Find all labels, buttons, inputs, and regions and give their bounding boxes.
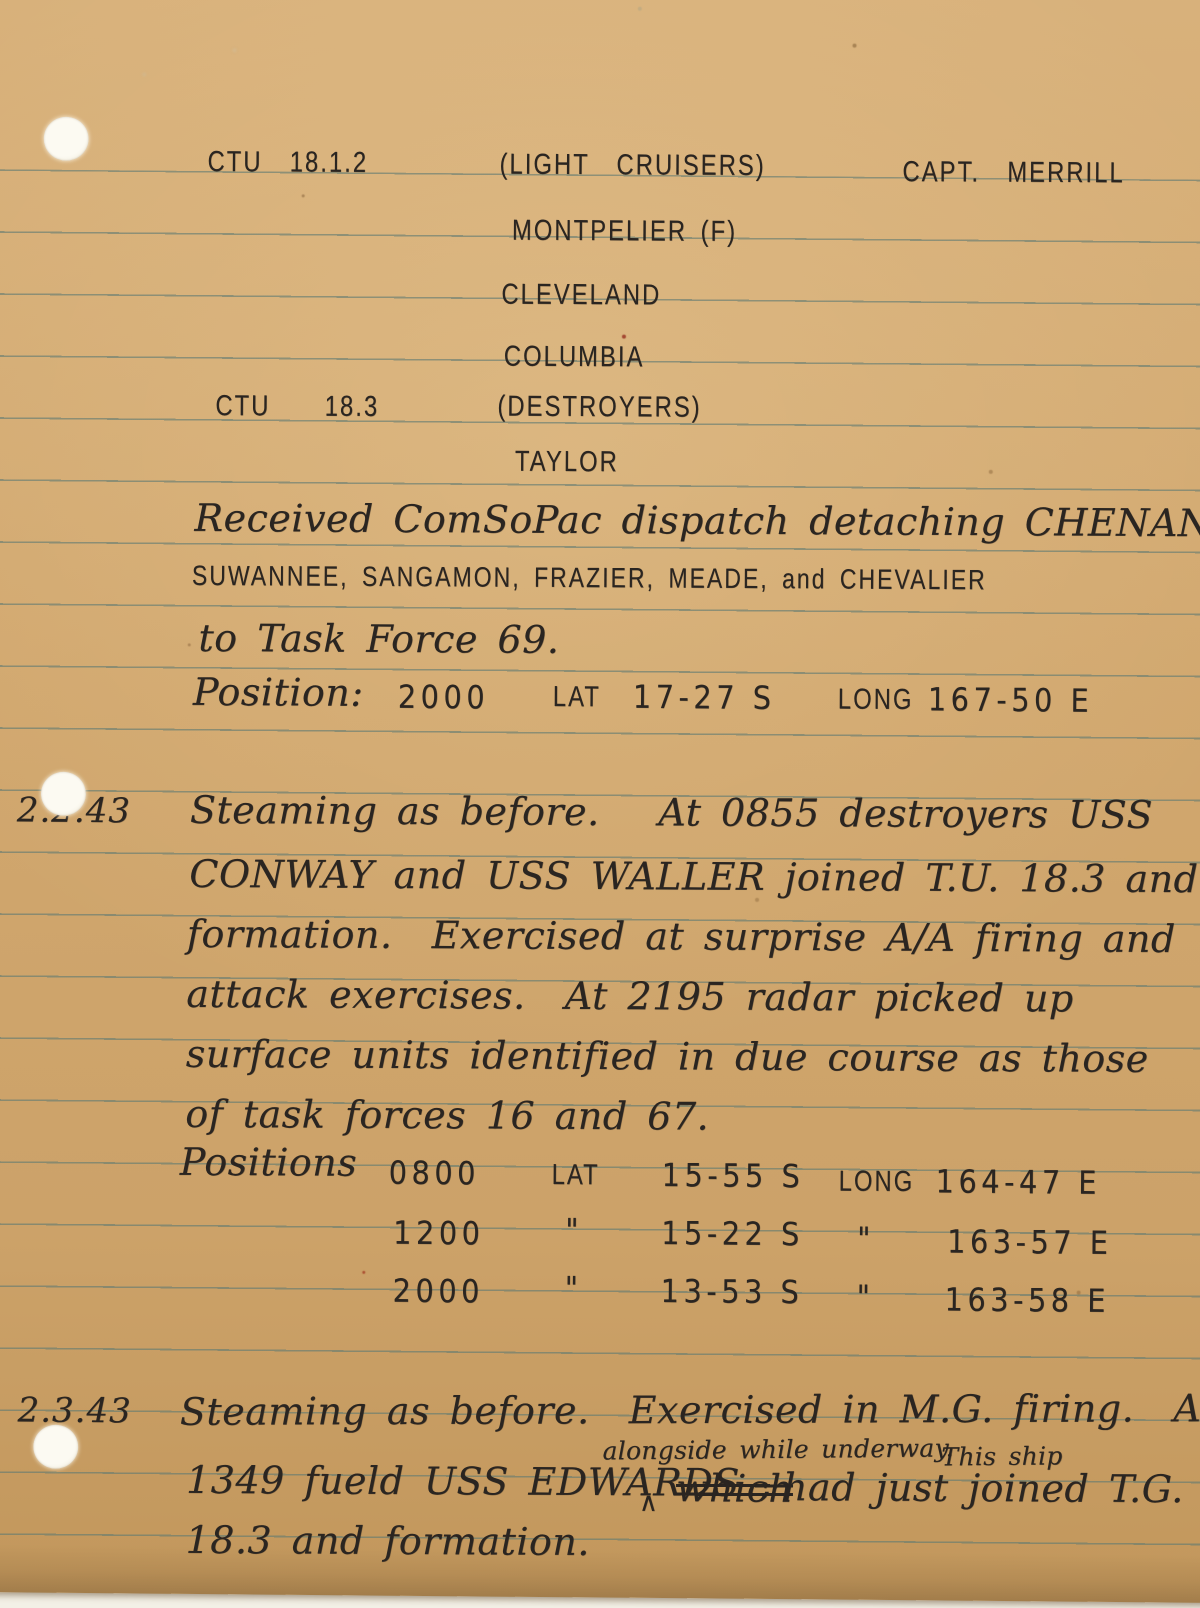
entry1-pos2-time: 1200 [393, 1214, 485, 1253]
position-label: Position: [193, 670, 364, 715]
hole-punch-bottom [33, 1425, 78, 1469]
position-lat-label: LAT [553, 681, 601, 714]
entry2-caret-mark: ∧ [639, 1488, 659, 1518]
ship-taylor: TAYLOR [515, 446, 619, 480]
dispatch-line-3: to Task Force 69. [198, 616, 559, 662]
position-time: 2000 [398, 678, 490, 717]
entry2-line-3: 18.3 and formation. [185, 1518, 590, 1564]
position-long-value: 167-50 E [928, 680, 1094, 719]
unit2-id: CTU 18.3 [215, 390, 379, 424]
ship-montpelier: MONTPELIER (F) [512, 215, 737, 249]
ship-cleveland: CLEVELAND [501, 279, 661, 313]
entry1-line-5: surface units identified in due course a… [186, 1032, 1149, 1081]
dispatch-line-1: Received ComSoPac dispatch detaching CHE… [194, 496, 1200, 546]
handwriting-layer: CTU 18.1.2 (LIGHT CRUISERS) CAPT. MERRIL… [0, 0, 1200, 1603]
entry1-pos1-lat: 15-55 S [661, 1156, 804, 1195]
entry2-struck-word: which [676, 1466, 794, 1511]
entry2-date: 2.3.43 [17, 1390, 132, 1431]
unit1-id: CTU 18.1.2 [207, 146, 368, 180]
entry1-pos2-long: 163-57 E [947, 1223, 1113, 1262]
entry1-pos1-time: 0800 [389, 1154, 481, 1193]
position-lat-value: 17-27 S [633, 678, 776, 717]
entry1-pos1-lat-label: LAT [552, 1159, 600, 1192]
entry1-line-1: Steaming as before. At 0855 destroyers U… [190, 788, 1153, 837]
entry1-pos2-lat-ditto: " [565, 1211, 583, 1249]
ship-columbia: COLUMBIA [504, 341, 645, 375]
entry1-line-3: formation. Exercised at surprise A/A fir… [187, 912, 1176, 961]
entry1-pos3-long-ditto: " [856, 1278, 874, 1316]
scanned-war-diary-page: CTU 18.1.2 (LIGHT CRUISERS) CAPT. MERRIL… [0, 0, 1200, 1608]
entry1-line-6: of task forces 16 and 67. [185, 1092, 709, 1139]
hole-punch-top [43, 117, 88, 161]
entry1-pos2-lat: 15-22 S [661, 1214, 804, 1253]
entry1-line-2: CONWAY and USS WALLER joined T.U. 18.3 a… [189, 852, 1198, 901]
entry1-pos1-long-label: LONG [839, 1166, 915, 1199]
position-long-label: LONG [838, 684, 914, 717]
hole-punch-middle [41, 772, 86, 816]
entry1-positions-label: Positions [180, 1140, 358, 1185]
entry1-pos3-lat-ditto: " [565, 1269, 583, 1307]
entry1-pos3-long: 163-58 E [944, 1280, 1110, 1319]
entry1-pos3-time: 2000 [392, 1272, 484, 1311]
unit2-type: (DESTROYERS) [497, 391, 702, 425]
entry1-pos1-long: 164-47 E [935, 1162, 1101, 1201]
unit1-commander: CAPT. MERRILL [902, 156, 1124, 190]
paper-sheet: CTU 18.1.2 (LIGHT CRUISERS) CAPT. MERRIL… [0, 0, 1200, 1603]
entry1-line-4: attack exercises. At 2195 radar picked u… [186, 972, 1074, 1021]
entry2-line-1: Steaming as before. Exercised in M.G. fi… [180, 1386, 1200, 1434]
entry1-pos3-lat: 13-53 S [660, 1272, 803, 1311]
entry2-line-2-end: had just joined T.G. [783, 1465, 1184, 1511]
unit1-type: (LIGHT CRUISERS) [499, 149, 765, 183]
entry1-pos2-long-ditto: " [857, 1220, 875, 1258]
dispatch-line-2: SUWANNEE, SANGAMON, FRAZIER, MEADE, and … [192, 560, 987, 596]
